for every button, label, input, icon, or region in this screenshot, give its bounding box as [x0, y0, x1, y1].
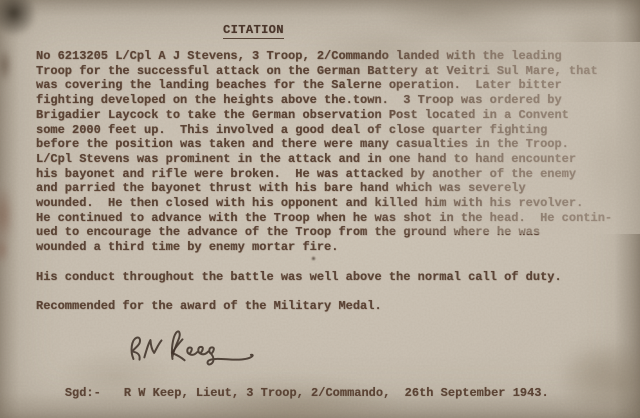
signature-handwriting — [123, 325, 257, 374]
paper-stain-corner — [0, 0, 37, 37]
document-page: CITATION No 6213205 L/Cpl A J Stevens, 3… — [0, 0, 640, 418]
citation-paragraph: No 6213205 L/Cpl A J Stevens, 3 Troop, 2… — [36, 49, 638, 255]
paper-stain — [0, 47, 12, 83]
signed-text: R W Keep, Lieut, 3 Troop, 2/Commando, 26… — [124, 386, 549, 400]
conduct-paragraph: His conduct throughout the battle was we… — [36, 270, 638, 285]
paper-stain — [0, 184, 13, 246]
signed-line: Sgd:-R W Keep, Lieut, 3 Troop, 2/Command… — [36, 372, 549, 414]
paper-stain — [552, 334, 640, 410]
paper-stain — [0, 236, 9, 264]
recommendation-paragraph: Recommended for the award of the Militar… — [36, 299, 638, 314]
document-title: CITATION — [223, 23, 284, 39]
document-content: CITATION No 6213205 L/Cpl A J Stevens, 3… — [36, 20, 638, 314]
signed-label: Sgd:- — [65, 386, 101, 400]
